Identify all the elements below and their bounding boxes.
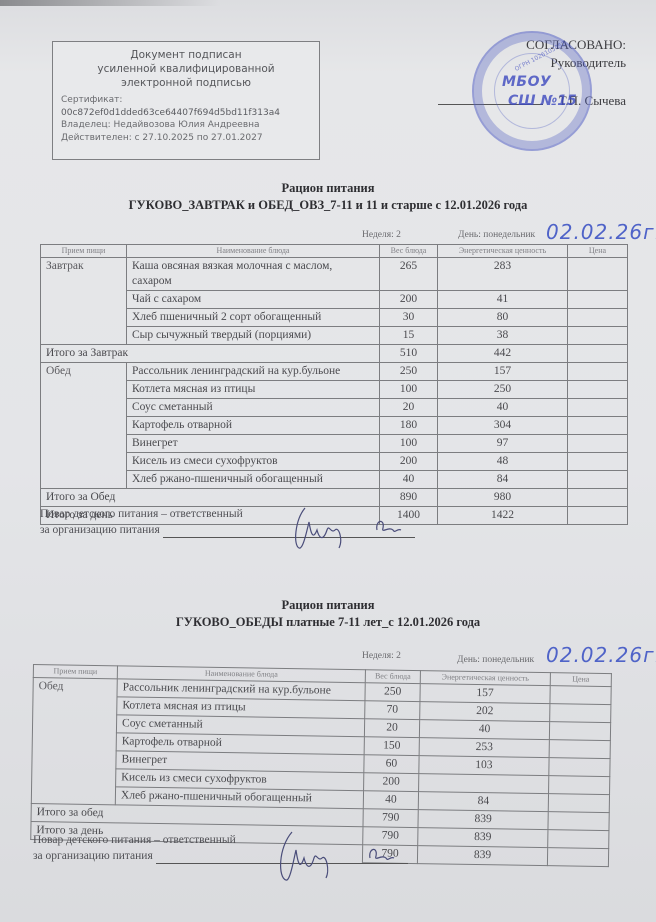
column-header: Энергетическая ценность: [438, 245, 568, 258]
dish-energy: 40: [419, 720, 549, 740]
table-row: Винегрет10097: [41, 435, 628, 453]
table-row: ЗавтракКаша овсяная вязкая молочная с ма…: [41, 258, 628, 291]
dish-energy: 97: [438, 435, 568, 453]
dish-energy: 283: [438, 258, 568, 291]
school-stamp: ОГРН 1026103052 МБОУ СШ №15: [472, 31, 592, 151]
dish-weight: 200: [364, 773, 419, 792]
subtotal-energy: 839: [418, 810, 548, 830]
dish-energy: 41: [438, 291, 568, 309]
certificate-validity: Действителен: с 27.10.2025 по 27.01.2027: [61, 132, 319, 145]
dish-price: [568, 453, 628, 471]
column-header: Наименование блюда: [127, 245, 380, 258]
dish-energy: 250: [438, 381, 568, 399]
dish-price: [568, 435, 628, 453]
menu-1-title: Рацион питания: [0, 180, 656, 197]
dish-energy: 84: [438, 471, 568, 489]
menu-1-footer-line-2: за организацию питания: [40, 524, 160, 536]
dish-name: Хлеб пшеничный 2 сорт обогащенный: [127, 309, 380, 327]
dish-name: Соус сметанный: [127, 399, 380, 417]
dish-name: Хлеб ржано-пшеничный обогащенный: [127, 471, 380, 489]
subtotal-price: [568, 489, 628, 507]
dish-weight: 265: [380, 258, 438, 291]
signature-heading-line: Документ подписан: [53, 48, 319, 62]
day-total-price: [548, 830, 609, 849]
column-header: Вес блюда: [365, 670, 420, 684]
dish-price: [568, 327, 628, 345]
signature-heading: Документ подписан усиленной квалифициров…: [53, 48, 319, 90]
dish-weight: 180: [380, 417, 438, 435]
menu-2-handwritten-signature: [270, 826, 410, 886]
dish-weight: 100: [380, 381, 438, 399]
dish-name: Кисель из смеси сухофруктов: [127, 453, 380, 471]
column-header: Цена: [568, 245, 628, 258]
dish-name: Рассольник ленинградский на кур.бульоне: [127, 363, 380, 381]
dish-price: [568, 399, 628, 417]
meal-name: Обед: [31, 678, 117, 805]
dish-name: Чай с сахаром: [127, 291, 380, 309]
dish-weight: 15: [380, 327, 438, 345]
stamp-line-2: СШ №15: [508, 93, 577, 109]
subtotal-energy: 442: [438, 345, 568, 363]
dish-weight: 200: [380, 291, 438, 309]
menu-2-handwritten-date: 02.02.26г.: [546, 643, 656, 667]
meal-name: Обед: [41, 363, 127, 489]
column-header: Вес блюда: [380, 245, 438, 258]
dish-name: Винегрет: [127, 435, 380, 453]
dish-name: Каша овсяная вязкая молочная с маслом, с…: [127, 258, 380, 291]
table-row: Сыр сычужный твердый (порциями)1538: [41, 327, 628, 345]
day-total-energy: 839: [418, 828, 548, 848]
dish-weight: 250: [380, 363, 438, 381]
dish-price: [549, 776, 610, 795]
dish-weight: 40: [363, 791, 418, 810]
menu-1-day: День: понедельник: [458, 230, 535, 240]
menu-1-title-block: Рацион питания ГУКОВО_ЗАВТРАК и ОБЕД_ОВЗ…: [0, 180, 656, 214]
certificate-owner: Владелец: Недайвозова Юлия Андреевна: [61, 119, 319, 132]
dish-name: Сыр сычужный твердый (порциями): [127, 327, 380, 345]
dish-name: Картофель отварной: [127, 417, 380, 435]
dish-price: [568, 363, 628, 381]
dish-weight: 70: [365, 701, 420, 720]
dish-price: [568, 381, 628, 399]
table-row: Кисель из смеси сухофруктов20048: [41, 453, 628, 471]
day-total-price: [568, 507, 628, 525]
meal-name: Завтрак: [41, 258, 127, 345]
menu-1-week: Неделя: 2: [362, 230, 401, 240]
dish-price: [568, 291, 628, 309]
dish-weight: 60: [364, 755, 419, 774]
dish-energy: 38: [438, 327, 568, 345]
menu-2-day: День: понедельник: [457, 655, 534, 665]
dish-price: [549, 758, 610, 777]
table-row: Котлета мясная из птицы100250: [41, 381, 628, 399]
subtotal-price: [568, 345, 628, 363]
dish-weight: 100: [380, 435, 438, 453]
menu-1-subtitle: ГУКОВО_ЗАВТРАК и ОБЕД_ОВЗ_7-11 и 11 и ст…: [0, 197, 656, 214]
day-total-energy: 1422: [438, 507, 568, 525]
dish-price: [568, 258, 628, 291]
dish-energy: 84: [418, 792, 548, 812]
dish-weight: 150: [364, 737, 419, 756]
table-header-row: Прием пищиНаименование блюдаВес блюдаЭне…: [41, 245, 628, 258]
dish-weight: 40: [380, 471, 438, 489]
dish-energy: 304: [438, 417, 568, 435]
dish-energy: 157: [438, 363, 568, 381]
menu-2-title: Рацион питания: [0, 597, 656, 614]
dish-energy: 48: [438, 453, 568, 471]
signature-heading-line: электронной подписью: [53, 76, 319, 90]
dish-price: [568, 471, 628, 489]
day-total-price: [547, 848, 608, 867]
day-total-energy: 839: [417, 846, 547, 866]
column-header: Цена: [550, 673, 611, 687]
column-header: Прием пищи: [33, 665, 117, 679]
column-header: Прием пищи: [41, 245, 127, 258]
menu-1-table: Прием пищиНаименование блюдаВес блюдаЭне…: [40, 244, 628, 525]
dish-weight: 250: [365, 683, 420, 702]
dish-price: [550, 686, 611, 705]
menu-1-handwritten-signature: [285, 500, 415, 555]
dish-price: [568, 417, 628, 435]
signature-heading-line: усиленной квалифицированной: [53, 62, 319, 76]
subtotal-price: [548, 812, 609, 831]
dish-price: [568, 309, 628, 327]
subtotal-weight: 510: [380, 345, 438, 363]
table-row: Хлеб ржано-пшеничный обогащенный4084: [41, 471, 628, 489]
dish-price: [549, 740, 610, 759]
dish-energy: 103: [419, 756, 549, 776]
menu-2-title-block: Рацион питания ГУКОВО_ОБЕДЫ платные 7-11…: [0, 597, 656, 631]
subtotal-label: Итого за Завтрак: [41, 345, 380, 363]
certificate-label: Сертификат:: [61, 94, 319, 107]
dish-weight: 20: [380, 399, 438, 417]
dish-price: [549, 722, 610, 741]
table-row: Хлеб пшеничный 2 сорт обогащенный3080: [41, 309, 628, 327]
dish-weight: 20: [364, 719, 419, 738]
menu-2-footer-line-2: за организацию питания: [33, 850, 153, 862]
dish-energy: [419, 774, 549, 794]
subtotal-energy: 980: [438, 489, 568, 507]
signature-meta: Сертификат: 00c872ef0d1dded63ce64407f694…: [61, 94, 319, 144]
dish-name: Котлета мясная из птицы: [127, 381, 380, 399]
table-row: Соус сметанный2040: [41, 399, 628, 417]
subtotal-row: Итого за Завтрак510442: [41, 345, 628, 363]
dish-price: [548, 794, 609, 813]
dish-energy: 40: [438, 399, 568, 417]
menu-1-handwritten-date: 02.02.26г.: [546, 220, 656, 244]
table-row: Картофель отварной180304: [41, 417, 628, 435]
table-row: Чай с сахаром20041: [41, 291, 628, 309]
dish-weight: 200: [380, 453, 438, 471]
dish-price: [550, 704, 611, 723]
dish-energy: 253: [419, 738, 549, 758]
dish-weight: 30: [380, 309, 438, 327]
table-row: ОбедРассольник ленинградский на кур.буль…: [41, 363, 628, 381]
stamp-line-1: МБОУ: [502, 74, 551, 90]
dish-energy: 157: [420, 684, 550, 704]
menu-2-subtitle: ГУКОВО_ОБЕДЫ платные 7-11 лет_с 12.01.20…: [0, 614, 656, 631]
photo-edge-shadow: [0, 0, 220, 6]
electronic-signature-box: Документ подписан усиленной квалифициров…: [52, 41, 320, 160]
subtotal-weight: 790: [363, 809, 418, 828]
dish-energy: 80: [438, 309, 568, 327]
dish-energy: 202: [420, 702, 550, 722]
menu-2-week: Неделя: 2: [362, 651, 401, 661]
certificate-value: 00c872ef0d1dded63ce64407f694d5bd11f313a4: [61, 107, 319, 120]
